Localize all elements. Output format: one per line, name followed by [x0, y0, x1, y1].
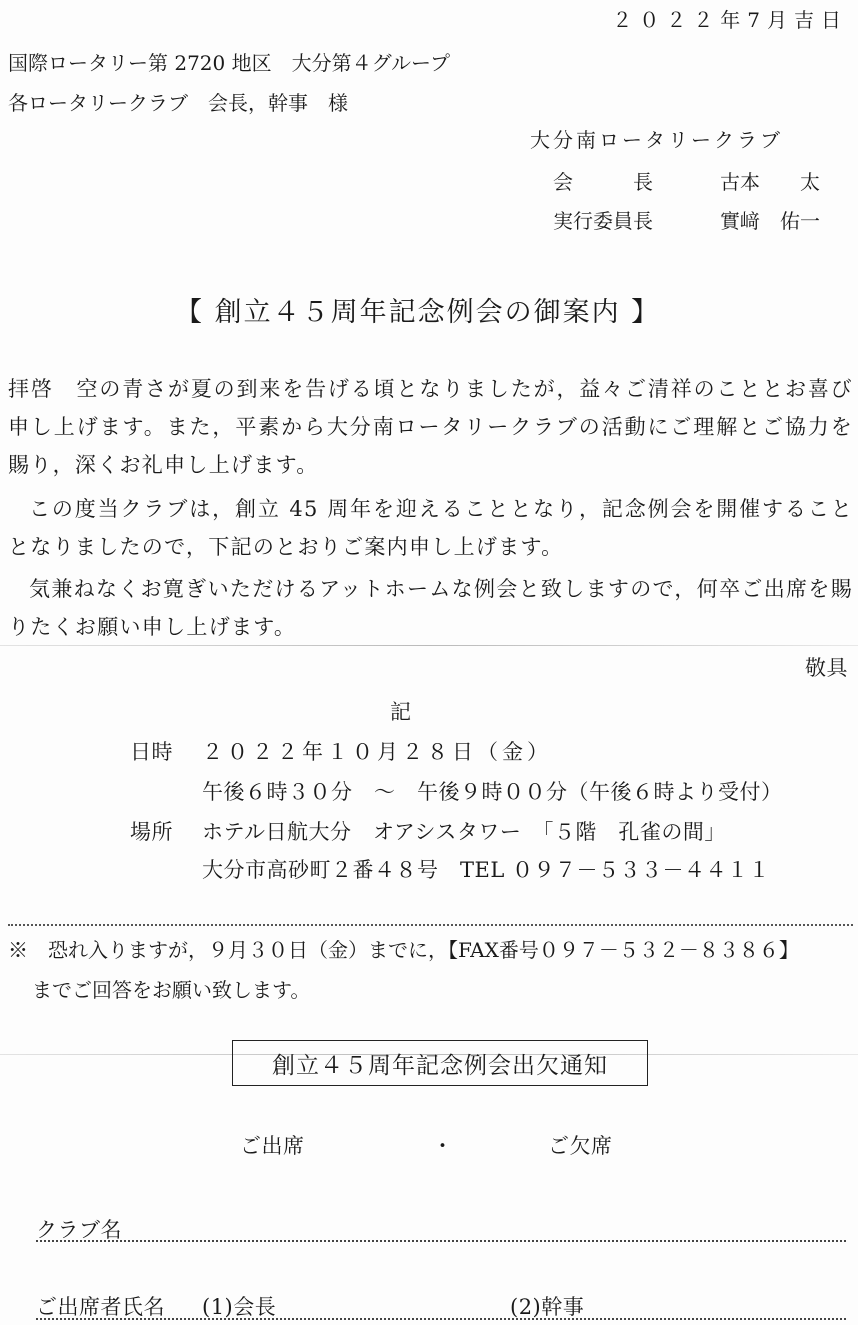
attendee-label: ご出席者氏名	[36, 1297, 165, 1318]
invitation-paragraph: 気兼ねなくお寛ぎいただけるアットホームな例会と致しますので，何卒ご出席を賜りたく…	[8, 570, 853, 646]
committee-title: 実行委員長	[553, 211, 653, 231]
attend-option[interactable]: ご出席	[240, 1136, 305, 1157]
page-title: 【 創立４５周年記念例会の御案内 】	[175, 290, 660, 329]
recipient-line-1: 国際ロータリー第 2720 地区 大分第４グループ	[8, 53, 450, 73]
president-title: 会 長	[553, 172, 653, 192]
reply-deadline-notice: ※ 恐れ入りますが，９月３０日（金）までに，【FAX番号０９７－５３２－８３８６…	[8, 940, 799, 960]
date-label: 日時	[130, 742, 173, 763]
place-label: 場所	[130, 822, 173, 843]
event-date: ２０２２年１０月２８日（金）	[202, 742, 552, 763]
president-name: 古本 太	[720, 172, 820, 192]
committee-name: 實﨑 佑一	[720, 211, 820, 231]
president-field-label: (1)会長	[202, 1297, 276, 1318]
closing-word: 敬具	[805, 658, 848, 679]
event-venue: ホテル日航大分 オアシスタワー 「５階 孔雀の間」	[202, 822, 726, 843]
club-name-label: クラブ名	[36, 1220, 122, 1241]
reply-form-title: 創立４５周年記念例会出欠通知	[232, 1040, 648, 1086]
details-heading: 記	[390, 702, 412, 723]
issue-date: ２０２２年7月吉日	[612, 10, 848, 30]
paper-fold	[0, 645, 858, 646]
venue-address: 大分市高砂町２番４８号 TEL ０９７－５３３－４４１１	[202, 860, 770, 881]
announcement-paragraph: この度当クラブは，創立 45 周年を迎えることとなり，記念例会を開催することとな…	[8, 490, 853, 566]
document-page: ２０２２年7月吉日 国際ロータリー第 2720 地区 大分第４グループ 各ロータ…	[0, 0, 858, 1325]
reply-request: までご回答をお願い致します。	[32, 980, 310, 1000]
event-time: 午後６時３０分 ～ 午後９時００分（午後６時より受付）	[202, 782, 783, 803]
attendee-name-field[interactable]	[36, 1318, 846, 1320]
club-name-field[interactable]	[36, 1240, 846, 1242]
greeting-paragraph: 拝啓 空の青さが夏の到来を告げる頃となりましたが，益々ご清祥のこととお喜び申し上…	[8, 370, 853, 484]
option-separator: ・	[432, 1136, 454, 1157]
sender-club: 大分南ロータリークラブ	[530, 130, 783, 150]
recipient-line-2: 各ロータリークラブ 会長，幹事 様	[8, 93, 348, 113]
secretary-field-label: (2)幹事	[510, 1297, 584, 1318]
cut-line	[8, 924, 853, 926]
absent-option[interactable]: ご欠席	[548, 1136, 613, 1157]
